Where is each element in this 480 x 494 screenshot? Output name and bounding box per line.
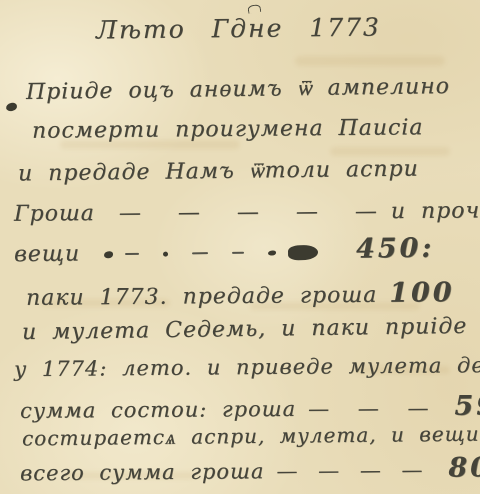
line-text: Гроша — [14, 201, 95, 227]
line-text: сумма состои: гроша — [20, 397, 296, 423]
pen-stroke-icon — [125, 253, 139, 255]
manuscript-line: Пріиде оцъ анѳимъ ѿ ампелино — [26, 73, 450, 105]
ink-blot-icon — [268, 250, 276, 255]
heading-text: Лѣто Гдне 1773 — [96, 13, 381, 45]
line-text: всего сумма гроша — [20, 459, 265, 485]
titlo-mark-icon — [247, 4, 261, 14]
amount-value: 100 — [389, 277, 455, 309]
bleed-through-mark — [330, 147, 450, 156]
ink-blot-icon — [288, 245, 318, 260]
bleed-through-mark — [295, 56, 445, 66]
amount-value: 590,, — [454, 390, 480, 422]
line-text: у 1774: лето. и приведе мулета десѧ: — [14, 353, 480, 381]
line-text: Пріиде оцъ анѳимъ ѿ ампелино — [26, 74, 450, 105]
line-text: и прочіѧ — [391, 198, 480, 224]
manuscript-heading: Лѣто Гдне 1773 — [96, 13, 381, 45]
ditto-dashes: — — — — — [276, 458, 424, 483]
pen-stroke-icon — [192, 252, 208, 254]
ditto-dashes: — — — — [308, 396, 431, 421]
ditto-dashes: — — — — — — [119, 199, 379, 226]
line-text: и предаде Намъ ѿтоли аспри — [18, 157, 419, 187]
line-text: и мулета Седемь, и паки приіде — [22, 314, 468, 345]
manuscript-line: Гроша— — — — —и прочіѧ — [14, 197, 480, 226]
manuscript-line: и мулета Седемь, и паки приіде — [22, 314, 468, 345]
manuscript-line: и предаде Намъ ѿтоли аспри — [18, 156, 419, 187]
manuscript-line: вещи450: — [14, 233, 435, 268]
manuscript-page: Лѣто Гдне 1773 Пріиде оцъ анѳимъ ѿ ампел… — [0, 0, 480, 494]
ink-blot-icon — [163, 251, 168, 256]
manuscript-line: паки 1773. предаде гроша100 — [26, 277, 455, 312]
pen-stroke-icon — [232, 252, 244, 254]
amount-value: 8070,, — [448, 452, 480, 484]
ink-blot-icon — [5, 102, 17, 112]
amount-value: 450: — [356, 233, 435, 265]
line-text: вещи — [14, 242, 80, 268]
manuscript-line: состираетсѧ аспри, мулета, и вещи, — [22, 422, 480, 452]
line-text: посмерти проигумена Паисіа — [32, 115, 424, 143]
manuscript-line: у 1774: лето. и приведе мулета десѧ: — [14, 353, 480, 382]
manuscript-line: сумма состои: гроша— — —590,, — [20, 390, 480, 425]
ink-blot-icon — [104, 251, 113, 258]
manuscript-line: посмерти проигумена Паисіа — [32, 115, 424, 143]
line-text: состираетсѧ аспри, мулета, и вещи, — [22, 422, 480, 451]
manuscript-line: всего сумма гроша— — — —8070,, — [20, 452, 480, 488]
line-text: паки 1773. предаде гроша — [26, 283, 377, 311]
